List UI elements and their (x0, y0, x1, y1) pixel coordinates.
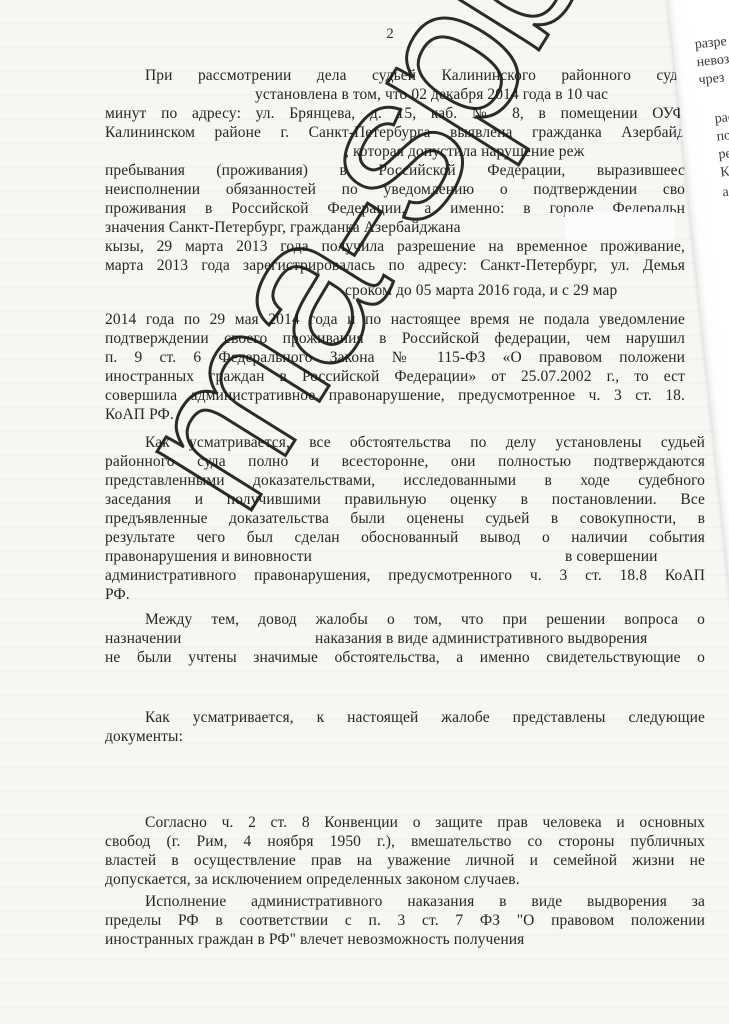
document-line: 2014 года по 29 мая 2014 года и по насто… (105, 310, 685, 329)
document-line: предъявленные доказательства были оценен… (105, 509, 705, 528)
overlapping-page-line: ре (718, 146, 729, 163)
document-line: наказания в виде административного выдво… (315, 629, 705, 648)
document-line: установлена в том, что 02 декабря 2014 г… (255, 85, 685, 104)
overlapping-page-line: чрез (698, 71, 725, 90)
document-line: властей в осуществление прав на уважение… (105, 851, 705, 870)
document-line: РФ. (105, 585, 135, 604)
document-line: совершила административное правонарушени… (105, 386, 685, 405)
document-line: пределы РФ в соответствии с п. 3 ст. 7 Ф… (105, 911, 705, 930)
document-line: иностранных граждан в РФ" влечет невозмо… (105, 930, 535, 949)
overlapping-page-line: а (722, 185, 729, 202)
document-line: допускается, за исключением определенных… (105, 870, 545, 889)
overlapping-page-line: невоз (696, 52, 729, 71)
document-line: Калининском районе г. Санкт-Петербурга в… (105, 123, 685, 142)
document-line: Согласно ч. 2 ст. 8 Конвенции о защите п… (145, 813, 705, 832)
overlapping-page-line: по (716, 128, 729, 145)
overlapping-page-line: К (720, 165, 729, 182)
document-line: Как усматривается, все обстоятельства по… (145, 433, 705, 452)
document-line: минут по адресу: ул. Брянцева, д. 15, ка… (105, 104, 685, 123)
document-page: 2 При рассмотрении дела судьей Калининск… (0, 0, 680, 1024)
document-line: неисполнении обязанностей по уведомлению… (105, 180, 685, 199)
document-line: При рассмотрении дела судьей Калининског… (145, 66, 685, 85)
document-line: Как усматривается, к настоящей жалобе пр… (145, 708, 705, 727)
document-line: правонарушения и виновности (105, 547, 375, 566)
overlapping-page-line: разре (694, 34, 727, 53)
document-line: сроком до 05 марта 2016 года, и с 29 мар (345, 281, 685, 300)
document-line: значения Санкт-Петербург, гражданка Азер… (105, 218, 445, 237)
document-line: КоАП РФ. (105, 405, 165, 424)
overlapping-page-line: рас (714, 110, 729, 128)
document-line: назначении (105, 629, 195, 648)
document-line: документы: (105, 727, 205, 746)
document-line: свобод (г. Рим, 4 ноября 1950 г.), вмеша… (105, 832, 705, 851)
page-number: 2 (0, 26, 729, 43)
document-line: иностранных граждан в Российской Федерац… (105, 367, 685, 386)
document-line: результате чего был сделан обоснованный … (105, 528, 705, 547)
document-line: , которая допустила нарушение реж (345, 142, 685, 161)
redaction-block (565, 212, 675, 240)
document-line: представленными доказательствами, исслед… (105, 471, 705, 490)
document-line: подтверждении своего проживания в Россий… (105, 329, 685, 348)
document-line: в совершении (565, 547, 705, 566)
document-line: не были учтены значимые обстоятельства, … (105, 648, 705, 667)
document-line: Исполнение административного наказания в… (145, 892, 705, 911)
document-line: п. 9 ст. 6 Федерального Закона № 115-ФЗ … (105, 348, 685, 367)
document-line: марта 2013 года зарегистрировалась по ад… (105, 256, 685, 275)
document-line: заседания и получившими правильную оценк… (105, 490, 705, 509)
document-line: пребывания (проживания) в Российской Фед… (105, 161, 685, 180)
document-line: Между тем, довод жалобы о том, что при р… (145, 610, 705, 629)
document-line: районного суда полно и всесторонне, они … (105, 452, 705, 471)
document-line: административного правонарушения, предус… (105, 566, 705, 585)
